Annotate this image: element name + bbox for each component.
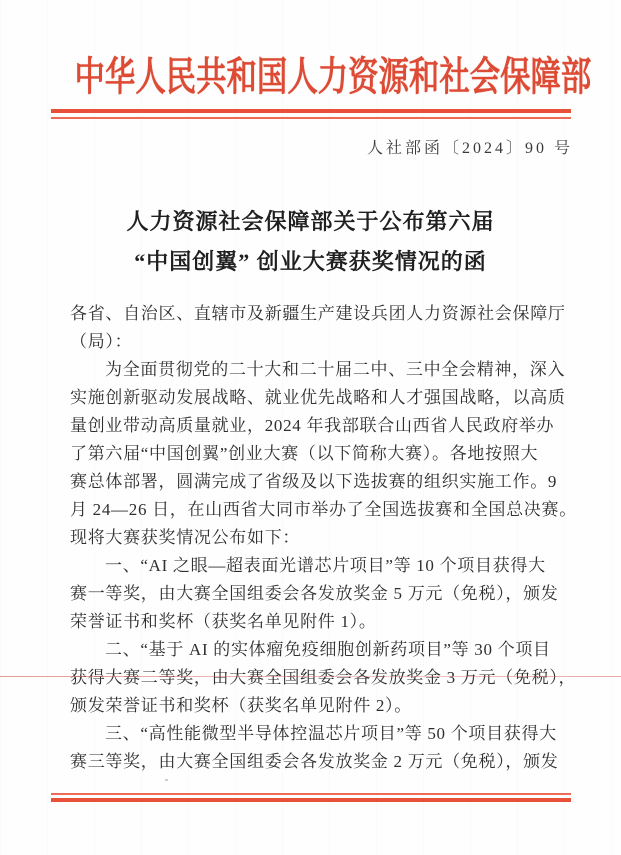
- body-line: 三、“高性能微型半导体控温芯片项目”等 50 个项目获得大: [70, 720, 581, 748]
- body-line: 实施创新驱动发展战略、就业优先战略和人才强国战略，以高质: [70, 384, 581, 412]
- masthead-double-rule: [51, 109, 571, 119]
- document-number: 人社部函〔2024〕90 号: [0, 138, 621, 160]
- body-line: 赛三等奖，由大赛全国组委会各发放奖金 2 万元（免税），颁发: [70, 748, 581, 776]
- body-line: （局）：: [70, 328, 581, 356]
- masthead-rule-thin: [51, 117, 571, 119]
- body-line: 二、“基于 AI 的实体瘤免疫细胞创新药项目”等 30 个项目: [70, 636, 581, 664]
- document-title-line1: 人力资源社会保障部关于公布第六届: [0, 202, 621, 242]
- footer-double-rule: [51, 793, 571, 802]
- document-title: 人力资源社会保障部关于公布第六届 “中国创翼” 创业大赛获奖情况的函: [0, 202, 621, 282]
- body-line: 现将大赛获奖情况公布如下：: [70, 524, 581, 552]
- scan-speck: [165, 779, 168, 781]
- body-line: 赛总体部署，圆满完成了省级及以下选拔赛的组织实施工作。9: [70, 468, 581, 496]
- body-line: 了第六届“中国创翼”创业大赛（以下简称大赛）。各地按照大: [70, 440, 581, 468]
- agency-masthead-title: 中华人民共和国人力资源和社会保障部: [75, 52, 547, 102]
- body-line: 获得大赛二等奖，由大赛全国组委会各发放奖金 3 万元（免税），: [70, 664, 581, 692]
- body-line: 为全面贯彻党的二十大和二十届二中、三中全会精神，深入: [70, 356, 581, 384]
- body-line: 赛一等奖，由大赛全国组委会各发放奖金 5 万元（免税），颁发: [70, 580, 581, 608]
- body-line: 颁发荣誉证书和奖杯（获奖名单见附件 2）。: [70, 692, 581, 720]
- official-document-page: 中华人民共和国人力资源和社会保障部 人社部函〔2024〕90 号 人力资源社会保…: [0, 0, 621, 855]
- body-line: 一、“AI 之眼—超表面光谱芯片项目”等 10 个项目获得大: [70, 552, 581, 580]
- body-line: 各省、自治区、直辖市及新疆生产建设兵团人力资源社会保障厅: [70, 300, 581, 328]
- document-title-line2: “中国创翼” 创业大赛获奖情况的函: [0, 242, 621, 282]
- document-body: 各省、自治区、直辖市及新疆生产建设兵团人力资源社会保障厅 （局）： 为全面贯彻党…: [0, 300, 621, 776]
- body-line: 量创业带动高质量就业，2024 年我部联合山西省人民政府举办: [70, 412, 581, 440]
- footer-rule-thick: [51, 798, 571, 802]
- body-line: 荣誉证书和奖杯（获奖名单见附件 1）。: [70, 608, 581, 636]
- body-line: 月 24—26 日，在山西省大同市举办了全国选拔赛和全国总决赛。: [70, 496, 581, 524]
